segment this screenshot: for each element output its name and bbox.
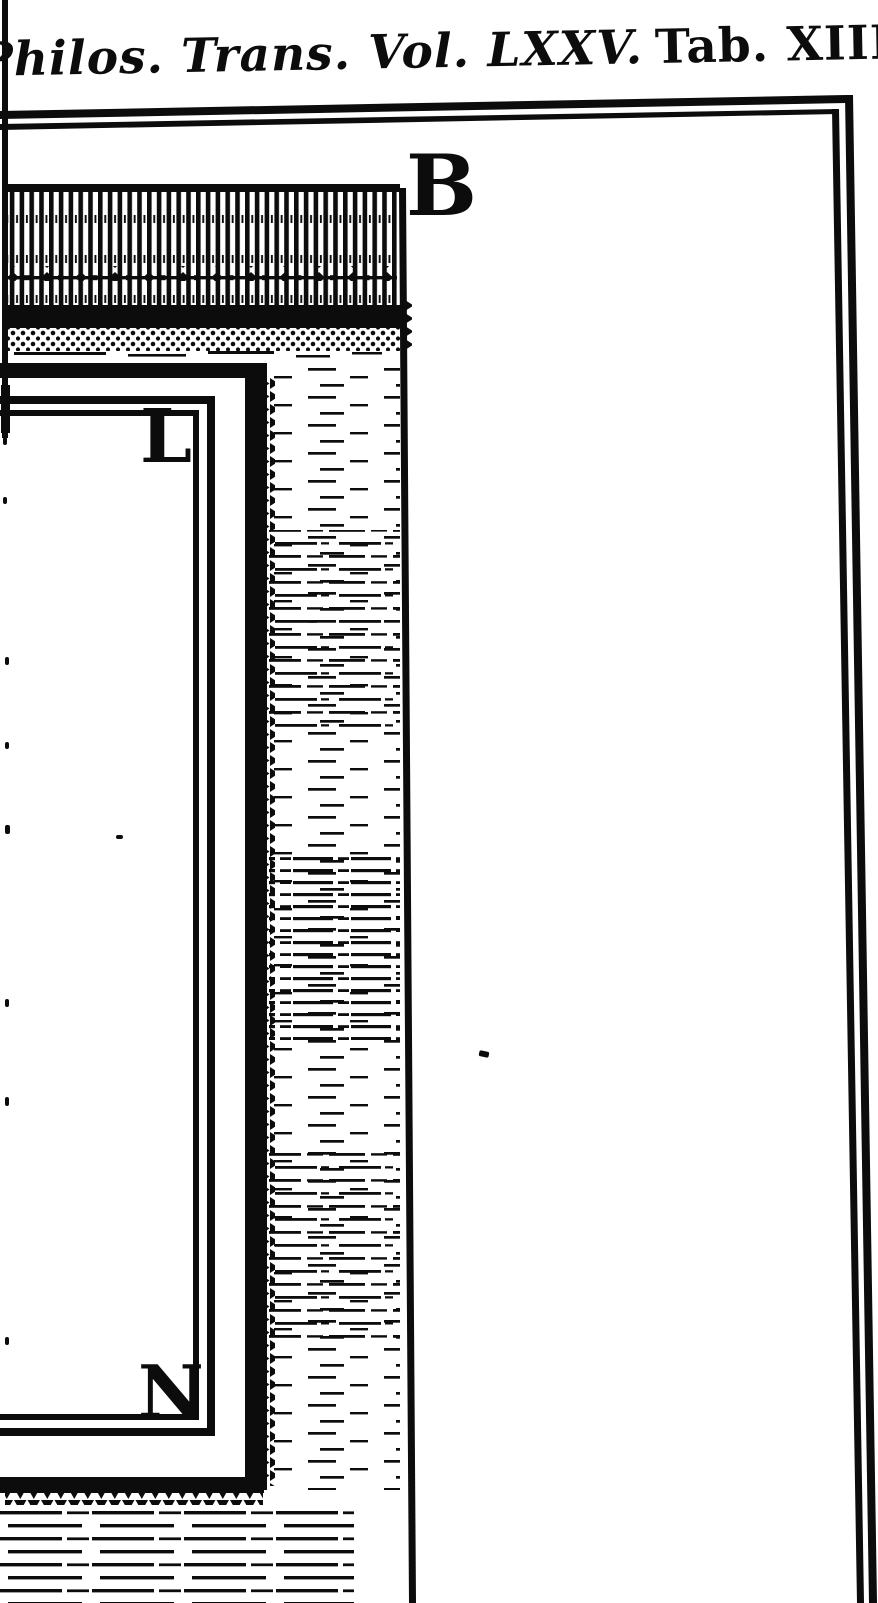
cavity-hatch-medium-upper <box>269 530 400 730</box>
flue-wall-vertical <box>245 363 267 1490</box>
chamber-inner-right <box>193 410 199 1420</box>
top-wall-band <box>4 184 412 358</box>
ink-speck <box>5 1337 9 1345</box>
caption-tab: Tab. XIII. <box>654 15 878 75</box>
engraving-artwork <box>0 0 878 1603</box>
hearth-foundation <box>0 1477 354 1603</box>
chamber-outer-right <box>207 396 215 1436</box>
hearth-top-line <box>0 1477 264 1493</box>
wall-band-solid-course <box>4 305 406 328</box>
inner-chamber-border <box>0 385 215 1436</box>
ink-speck <box>116 835 123 839</box>
label-L: L <box>140 400 192 474</box>
label-B: B <box>406 144 477 228</box>
ink-speck <box>5 1097 9 1106</box>
wall-band-dotted-course <box>6 328 404 351</box>
ink-speck <box>5 999 9 1007</box>
mortar-dash <box>296 355 330 358</box>
engraving-plate: Philos. Trans. Vol. LXXV.Tab. XIII.p. 37… <box>0 0 878 1603</box>
mortar-dash <box>14 352 106 355</box>
wall-band-chain-line <box>5 266 397 281</box>
ink-speck <box>3 437 7 445</box>
mortar-dash <box>352 352 382 355</box>
cavity-hatch-medium-lower <box>269 1145 400 1340</box>
chamber-left-bracket <box>1 385 10 433</box>
wall-band-vertical-hatch <box>4 192 398 306</box>
cavity-hatching <box>269 366 400 1490</box>
mortar-dash <box>208 351 274 354</box>
mortar-dash <box>128 354 186 357</box>
ink-speck <box>3 497 7 504</box>
flue-wall-top <box>0 363 263 378</box>
ink-speck <box>5 742 9 749</box>
hearth-sawtooth <box>5 1492 263 1505</box>
ink-speck <box>5 657 9 665</box>
label-N: N <box>138 1356 204 1428</box>
cavity-right-line <box>399 188 416 1603</box>
wall-band-top-line <box>4 184 400 192</box>
cavity-hatch-dense <box>269 855 400 1040</box>
ink-speck <box>5 825 10 834</box>
flue-wall <box>0 363 275 1490</box>
foundation-hatch <box>0 1506 354 1603</box>
